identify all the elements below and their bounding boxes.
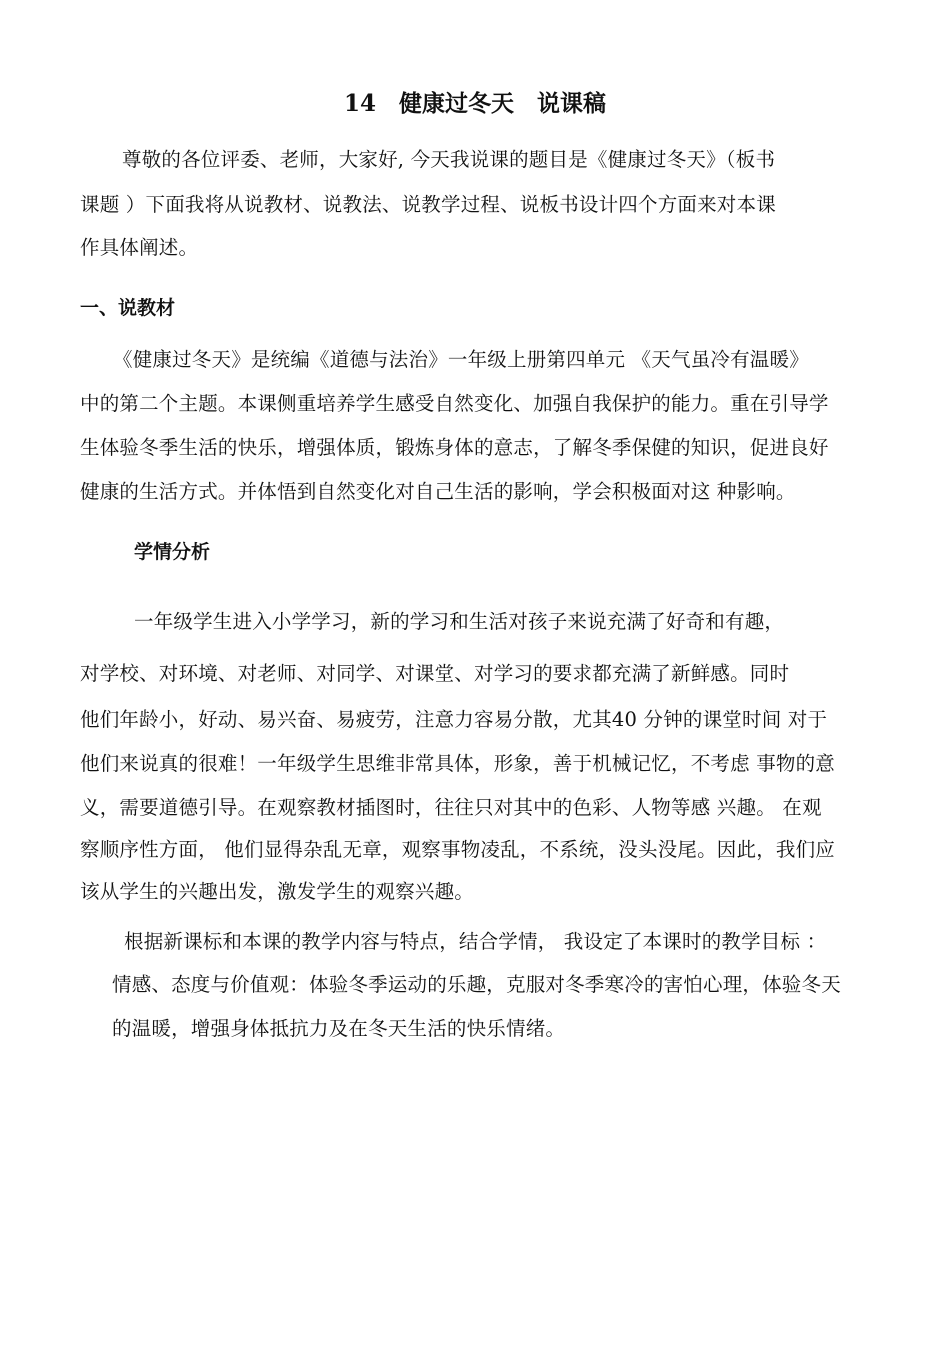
- text-line: 该从学生的兴趣出发，激发学生的观察兴趣。: [80, 880, 474, 904]
- text-line: 义，需要道德引导。在观察教材插图时，往往只对其中的色彩、人物等感 兴趣。 在观: [80, 796, 822, 820]
- page-title: 14 健康过冬天 说课稿: [0, 90, 950, 118]
- text-line: 尊敬的各位评委、老师，大家好, 今天我说课的题目是《健康过冬天》（板书: [122, 148, 775, 172]
- text-line: 察顺序性方面， 他们显得杂乱无章，观察事物凌乱，不系统，没头没尾。因此，我们应: [80, 838, 835, 862]
- text-line: 对学校、对环境、对老师、对同学、对课堂、对学习的要求都充满了新鲜感。同时: [80, 662, 789, 686]
- text-line: 他们年龄小，好动、易兴奋、易疲劳，注意力容易分散，尤其40 分钟的课堂时间 对于: [80, 708, 827, 732]
- text-line: 作具体阐述。: [80, 236, 198, 260]
- text-line: 根据新课标和本课的教学内容与特点，结合学情， 我设定了本课时的教学目标 ：: [124, 930, 826, 954]
- text-line: 一年级学生进入小学学习，新的学习和生活对孩子来说充满了好奇和有趣，: [134, 610, 784, 634]
- section-heading: 一、说教材: [80, 296, 175, 320]
- text-line: 课题 ）下面我将从说教材、说教法、说教学过程、说板书设计四个方面来对本课: [80, 193, 776, 217]
- subsection-heading: 学情分析: [134, 540, 210, 564]
- text-line: 健康的生活方式。并体悟到自然变化对自己生活的影响，学会积极面对这 种影响。: [80, 480, 796, 504]
- text-line: 生体验冬季生活的快乐，增强体质，锻炼身体的意志，了解冬季保健的知识，促进良好: [80, 436, 829, 460]
- text-line: 《健康过冬天》是统编《道德与法治》一年级上册第四单元 《天气虽冷有温暖》: [113, 348, 809, 372]
- text-line: 的温暖，增强身体抵抗力及在冬天生活的快乐情绪。: [112, 1017, 565, 1041]
- text-line: 他们来说真的很难！一年级学生思维非常具体，形象，善于机械记忆，不考虑 事物的意: [80, 752, 835, 776]
- text-line: 情感、态度与价值观：体验冬季运动的乐趣，克服对冬季寒冷的害怕心理，体验冬天: [112, 973, 841, 997]
- text-line: 中的第二个主题。本课侧重培养学生感受自然变化、加强自我保护的能力。重在引导学: [80, 392, 829, 416]
